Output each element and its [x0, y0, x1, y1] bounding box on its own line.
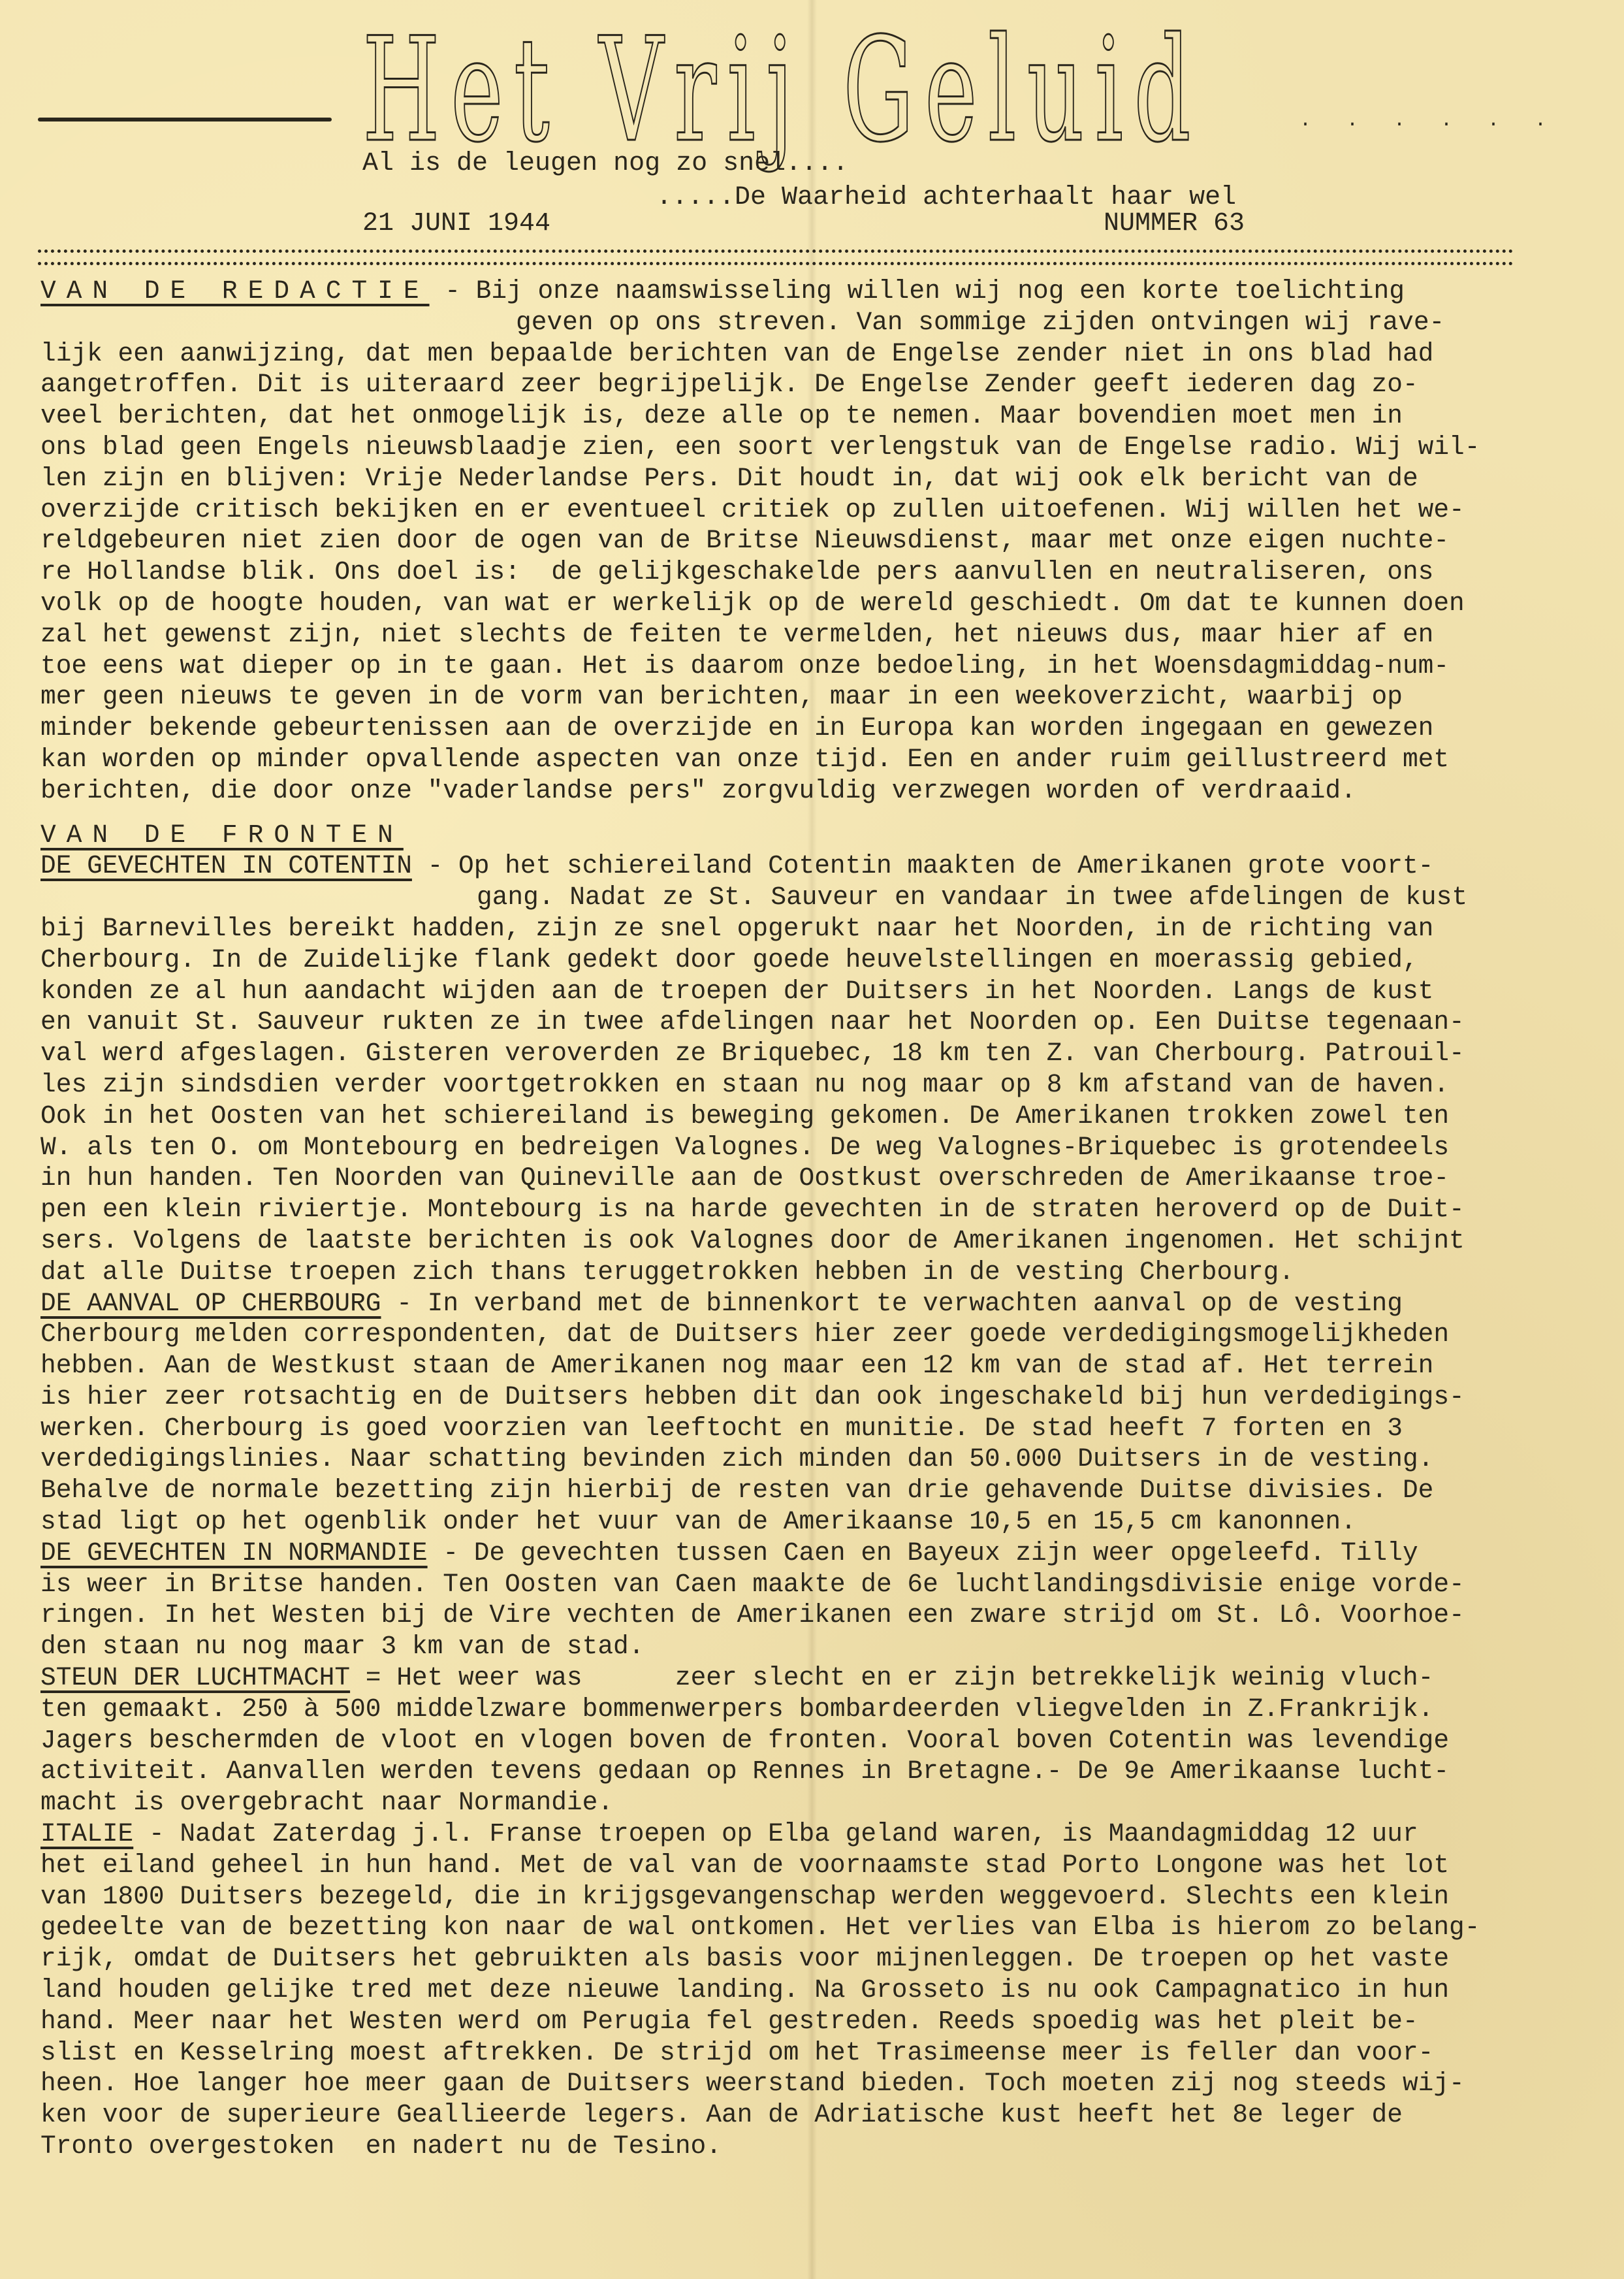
text-line: - Nadat Zaterdag j.l. Franse troepen op … — [133, 1819, 1418, 1849]
article-line: Tronto overgestoken en nadert nu de Tesi… — [40, 2131, 1529, 2162]
text-line: - De gevechten tussen Caen en Bayeux zij… — [428, 1538, 1418, 1568]
article-line: len zijn en blijven: Vrije Nederlandse P… — [40, 463, 1529, 494]
article-line: ken voor de superieure Geallieerde leger… — [40, 2099, 1529, 2131]
article-line: slist en Kesselring moest aftrekken. De … — [40, 2037, 1529, 2069]
article-line: gedeelte van de bezetting kon naar de wa… — [40, 1912, 1529, 1943]
article-line: dat alle Duitse troepen zich thans terug… — [40, 1257, 1529, 1288]
article-line: mer geen nieuws te geven in de vorm van … — [40, 681, 1529, 713]
article-line: pen een klein riviertje. Montebourg is n… — [40, 1194, 1529, 1225]
article-body: VAN DE REDACTIE - Bij onze naamswisselin… — [40, 276, 1529, 2162]
masthead-title: Het Vrij Geluid — [362, 18, 921, 162]
article-line: volk op de hoogte houden, van wat er wer… — [40, 588, 1529, 619]
newsletter-page: Het Vrij Geluid . . . . . . Al is de leu… — [0, 0, 1624, 2279]
article-line: Cherbourg. In de Zuidelijke flank gedekt… — [40, 945, 1529, 976]
article-line: val werd afgeslagen. Gisteren veroverden… — [40, 1038, 1529, 1069]
article-line: ons blad geen Engels nieuwsblaadje zien,… — [40, 432, 1529, 463]
article-line: macht is overgebracht naar Normandie. — [40, 1787, 1529, 1818]
article-line: kan worden op minder opvallende aspecten… — [40, 744, 1529, 775]
article-line: het eiland geheel in hun hand. Met de va… — [40, 1850, 1529, 1881]
article-line: ITALIE - Nadat Zaterdag j.l. Franse troe… — [40, 1818, 1529, 1850]
article-line: re Hollandse blik. Ons doel is: de gelij… — [40, 557, 1529, 588]
article-line: verdedigingslinies. Naar schatting bevin… — [40, 1444, 1529, 1475]
article-line: geven op ons streven. Van sommige zijden… — [40, 307, 1529, 338]
section-heading-cherbourg: DE AANVAL OP CHERBOURG — [40, 1289, 381, 1318]
article-line: activiteit. Aanvallen werden tevens geda… — [40, 1756, 1529, 1787]
article-line: in hun handen. Ten Noorden van Quinevill… — [40, 1163, 1529, 1194]
issue-number: NUMMER 63 — [1104, 209, 1245, 238]
article-line: rijk, omdat de Duitsers het gebruikten a… — [40, 1943, 1529, 1975]
article-line: STEUN DER LUCHTMACHT = Het weer was zeer… — [40, 1662, 1529, 1694]
article-line: lijk een aanwijzing, dat men bepaalde be… — [40, 338, 1529, 370]
section-heading-italie: ITALIE — [40, 1819, 133, 1849]
article-line: DE GEVECHTEN IN NORMANDIE - De gevechten… — [40, 1538, 1529, 1569]
article-line: DE GEVECHTEN IN COTENTIN - Op het schier… — [40, 850, 1529, 882]
text-line: - In verband met de binnenkort te verwac… — [381, 1289, 1403, 1318]
article-line: gang. Nadat ze St. Sauveur en vandaar in… — [40, 882, 1529, 913]
article-line: VAN DE REDACTIE - Bij onze naamswisselin… — [40, 276, 1529, 307]
text-line: = Het weer was zeer slecht en er zijn be… — [350, 1663, 1433, 1692]
article-line: en vanuit St. Sauveur rukten ze in twee … — [40, 1007, 1529, 1038]
section-heading-cotentin: DE GEVECHTEN IN COTENTIN — [40, 851, 412, 881]
section-heading-normandie: DE GEVECHTEN IN NORMANDIE — [40, 1538, 428, 1568]
masthead-dots: . . . . . . — [1299, 110, 1558, 132]
article-line: aangetroffen. Dit is uiteraard zeer begr… — [40, 369, 1529, 400]
article-line: sers. Volgens de laatste berichten is oo… — [40, 1225, 1529, 1257]
article-line: werken. Cherbourg is goed voorzien van l… — [40, 1413, 1529, 1444]
text-line: - Bij onze naamswisseling willen wij nog… — [430, 276, 1405, 306]
article-line: konden ze al hun aandacht wijden aan de … — [40, 976, 1529, 1007]
article-line: ten gemaakt. 250 à 500 middelzware bomme… — [40, 1694, 1529, 1725]
article-line: is weer in Britse handen. Ten Oosten van… — [40, 1569, 1529, 1600]
masthead-rule-left — [38, 118, 332, 121]
article-line: zal het gewenst zijn, niet slechts de fe… — [40, 619, 1529, 651]
article-line: overzijde critisch bekijken en er eventu… — [40, 494, 1529, 526]
article-line: les zijn sindsdien verder voortgetrokken… — [40, 1069, 1529, 1101]
section-heading-redactie: VAN DE REDACTIE — [40, 276, 430, 306]
article-line: heen. Hoe langer hoe meer gaan de Duitse… — [40, 2068, 1529, 2099]
article-line: Behalve de normale bezetting zijn hierbi… — [40, 1475, 1529, 1506]
article-line: hebben. Aan de Westkust staan de Amerika… — [40, 1350, 1529, 1382]
article-line: berichten, die door onze "vaderlandse pe… — [40, 775, 1529, 807]
article-line: toe eens wat dieper op in te gaan. Het i… — [40, 651, 1529, 682]
article-line: hand. Meer naar het Westen werd om Perug… — [40, 2006, 1529, 2037]
article-line: minder bekende gebeurtenissen aan de ove… — [40, 713, 1529, 744]
masthead-double-rule — [38, 250, 1514, 265]
motto-part-2: .....De Waarheid achterhaalt haar wel — [656, 183, 1236, 212]
article-line: van 1800 Duitsers bezegeld, die in krijg… — [40, 1881, 1529, 1913]
article-line: W. als ten O. om Montebourg en bedreigen… — [40, 1132, 1529, 1163]
issue-date: 21 JUNI 1944 — [362, 209, 550, 238]
article-line: Cherbourg melden correspondenten, dat de… — [40, 1319, 1529, 1350]
text-line: - Op het schiereiland Cotentin maakten d… — [412, 851, 1433, 881]
article-line: Jagers beschermden de vloot en vlogen bo… — [40, 1725, 1529, 1756]
article-line: is hier zeer rotsachtig en de Duitsers h… — [40, 1382, 1529, 1413]
article-line: stad ligt op het ogenblik onder het vuur… — [40, 1506, 1529, 1538]
section-heading-luchtmacht: STEUN DER LUCHTMACHT — [40, 1663, 350, 1692]
article-line: ringen. In het Westen bij de Vire vechte… — [40, 1600, 1529, 1631]
article-line: land houden gelijke tred met deze nieuwe… — [40, 1975, 1529, 2006]
article-line: VAN DE FRONTEN — [40, 820, 1529, 851]
article-line: reldgebeuren niet zien door de ogen van … — [40, 525, 1529, 557]
motto-part-1: Al is de leugen nog zo snel.... — [362, 149, 848, 178]
article-line: den staan nu nog maar 3 km van de stad. — [40, 1631, 1529, 1662]
article-line: Ook in het Oosten van het schiereiland i… — [40, 1101, 1529, 1132]
article-line: bij Barnevilles bereikt hadden, zijn ze … — [40, 913, 1529, 945]
article-line: DE AANVAL OP CHERBOURG - In verband met … — [40, 1288, 1529, 1319]
article-line: veel berichten, dat het onmogelijk is, d… — [40, 400, 1529, 432]
section-heading-fronten: VAN DE FRONTEN — [40, 820, 404, 850]
